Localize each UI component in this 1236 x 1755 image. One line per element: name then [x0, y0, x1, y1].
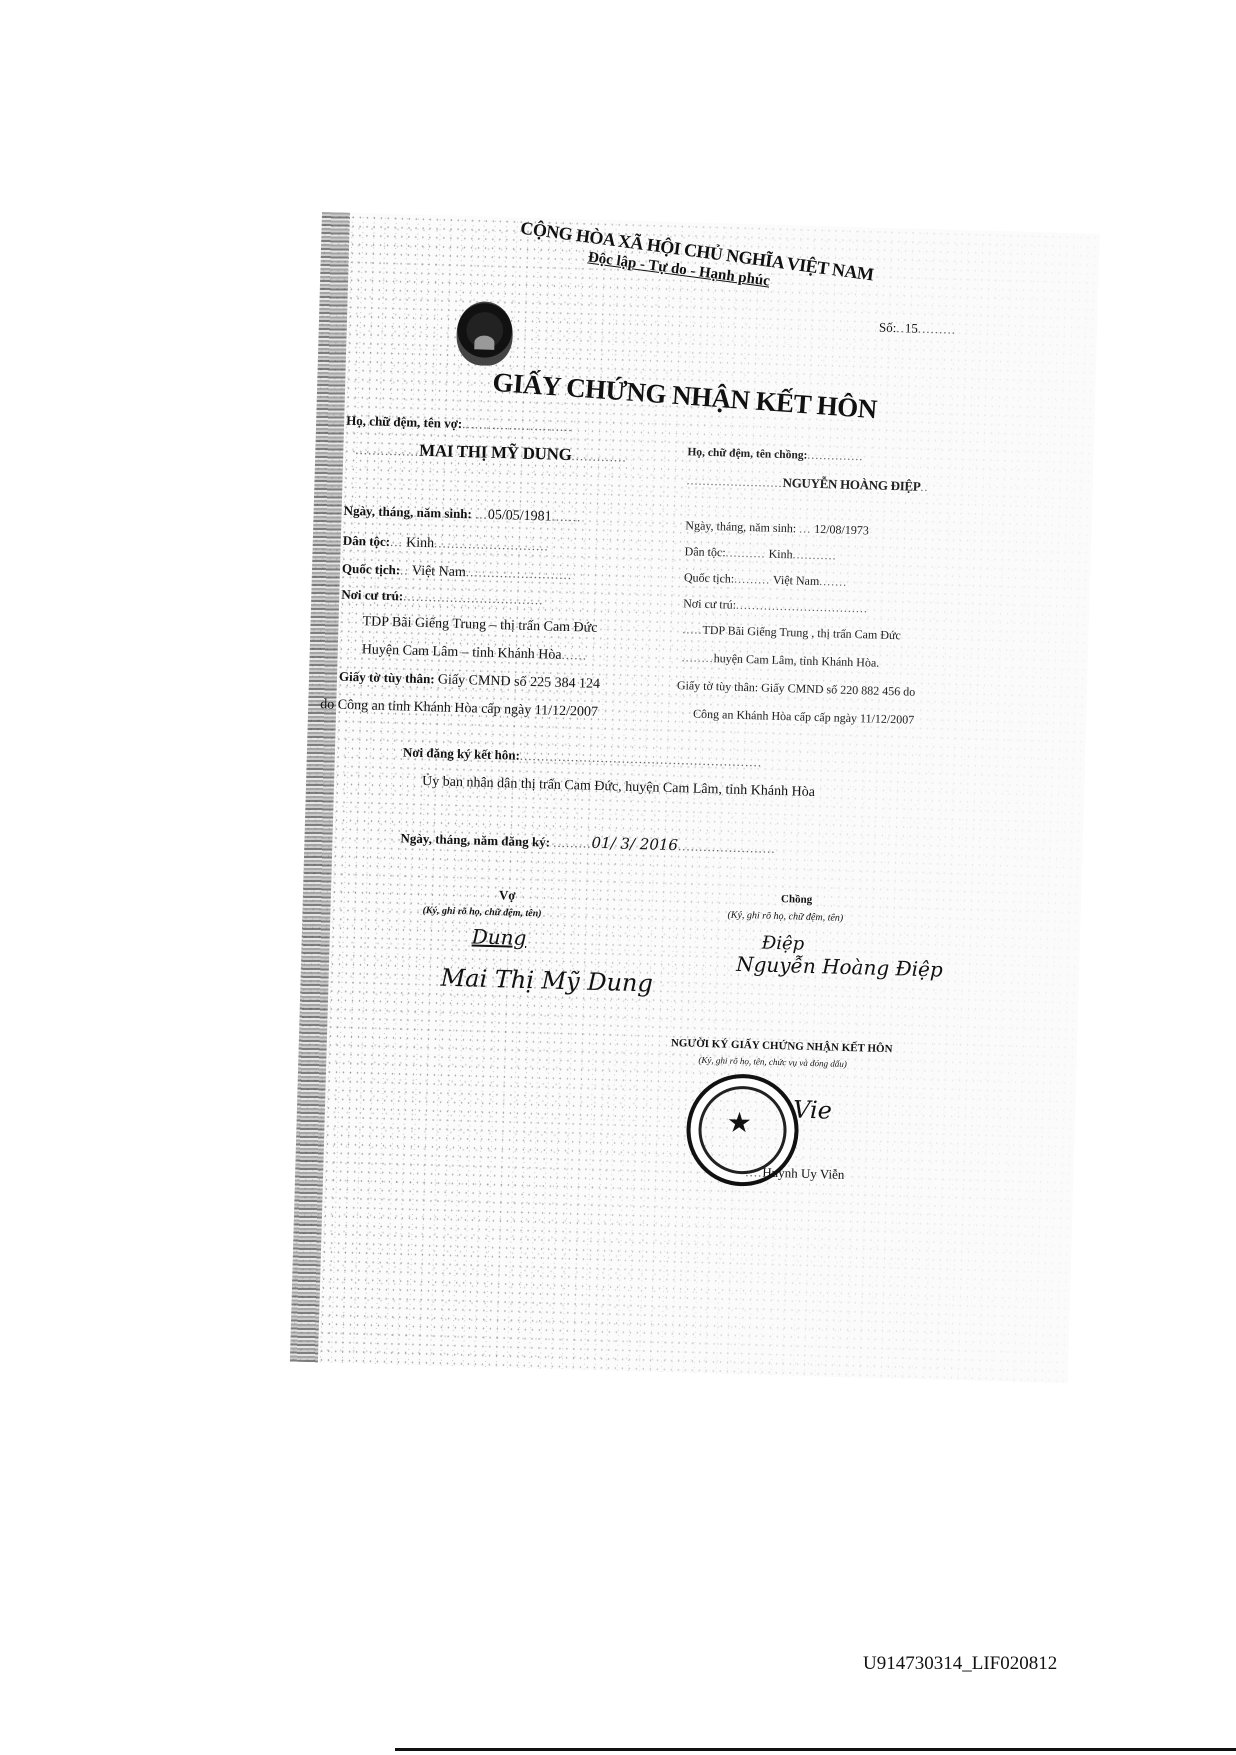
husband-id-issued: Công an Khánh Hòa cấp cấp ngày 11/12/200…: [693, 707, 915, 728]
wife-sign-title: Vợ: [499, 887, 516, 903]
husband-name: ........................NGUYỄN HOÀNG ĐIỆ…: [686, 472, 928, 495]
husband-ethnicity: Dân tộc:.......... Kinh...........: [684, 544, 836, 563]
officer-signature: Vie: [793, 1096, 833, 1125]
footer-divider: [395, 1748, 1236, 1751]
wife-residence-line2: Huyện Cam Lâm – tỉnh Khánh Hòa......: [362, 641, 588, 664]
wife-id-issued: do Công an tỉnh Khánh Hòa cấp ngày 11/12…: [320, 696, 598, 721]
wife-sign-note: (Ký, ghi rõ họ, chữ đệm, tên): [422, 905, 541, 919]
wife-residence-line1: TDP Bãi Giếng Trung – thị trấn Cam Đức: [362, 613, 597, 637]
husband-signature: Điệp: [761, 933, 804, 955]
registration-place: Ủy ban nhân dân thị trấn Cam Đức, huyện …: [422, 773, 815, 801]
wife-nationality: Quốc tịch:.. Việt Nam...................…: [342, 561, 573, 584]
wife-signature: Dung: [471, 924, 526, 950]
registration-place-label: Nơi đăng ký kết hôn:....................…: [403, 744, 763, 770]
husband-sign-note: (Ký, ghi rõ họ, chữ đệm, tên): [727, 910, 843, 924]
certificate-number: Số:..15.........: [879, 320, 957, 338]
document-title: GIẤY CHỨNG NHẬN KẾT HÔN: [492, 367, 878, 425]
wife-name: ...............MAI THỊ MỸ DUNG..........…: [355, 439, 627, 467]
husband-handwritten-name: Nguyễn Hoàng Điệp: [736, 952, 943, 982]
husband-residence-line2: ........huyện Cam Lâm, tỉnh Khánh Hòa.: [681, 650, 879, 671]
husband-name-label: Họ, chữ đệm, tên chồng:..............: [687, 444, 863, 464]
wife-name-label: Họ, chữ đệm, tên vợ:....................…: [346, 413, 573, 435]
husband-residence-line1: .....TDP Bãi Giếng Trung , thị trấn Cam …: [682, 622, 901, 643]
scanned-marriage-certificate: CỘNG HÒA XÃ HỘI CHỦ NGHĨA VIỆT NAM Độc l…: [290, 212, 1100, 1383]
husband-nationality: Quốc tịch:......... Việt Nam.......: [684, 570, 848, 590]
officer-title: NGƯỜI KÝ GIẤY CHỨNG NHẬN KẾT HÔN: [671, 1037, 893, 1055]
husband-dob: Ngày, tháng, năm sinh: ... 12/08/1973: [685, 518, 869, 538]
registration-date: Ngày, tháng, năm đăng ký: .........01/ 3…: [400, 828, 776, 856]
husband-sign-title: Chồng: [781, 893, 813, 906]
husband-id: Giấy tờ tùy thân: Giấy CMND số 220 882 4…: [677, 678, 916, 700]
officer-note: (Ký, ghi rõ họ, tên, chức vụ và đóng dấu…: [698, 1055, 847, 1069]
wife-ethnicity: Dân tộc:... Kinh........................…: [343, 533, 549, 556]
wife-handwritten-name: Mai Thị Mỹ Dung: [440, 964, 653, 998]
husband-residence-label: Nơi cư trú:.............................…: [683, 596, 868, 616]
wife-dob: Ngày, tháng, năm sinh: ...05/05/1981....…: [343, 503, 581, 527]
wife-residence-label: Nơi cư trú:.............................…: [341, 587, 544, 609]
document-id: U914730314_LIF020812: [863, 1653, 1057, 1675]
national-emblem-icon: [456, 301, 514, 367]
wife-id: Giấy tờ tùy thân: Giấy CMND số 225 384 1…: [339, 669, 600, 693]
officer-name: ....Huỳnh Uy Viễn: [745, 1164, 844, 1183]
